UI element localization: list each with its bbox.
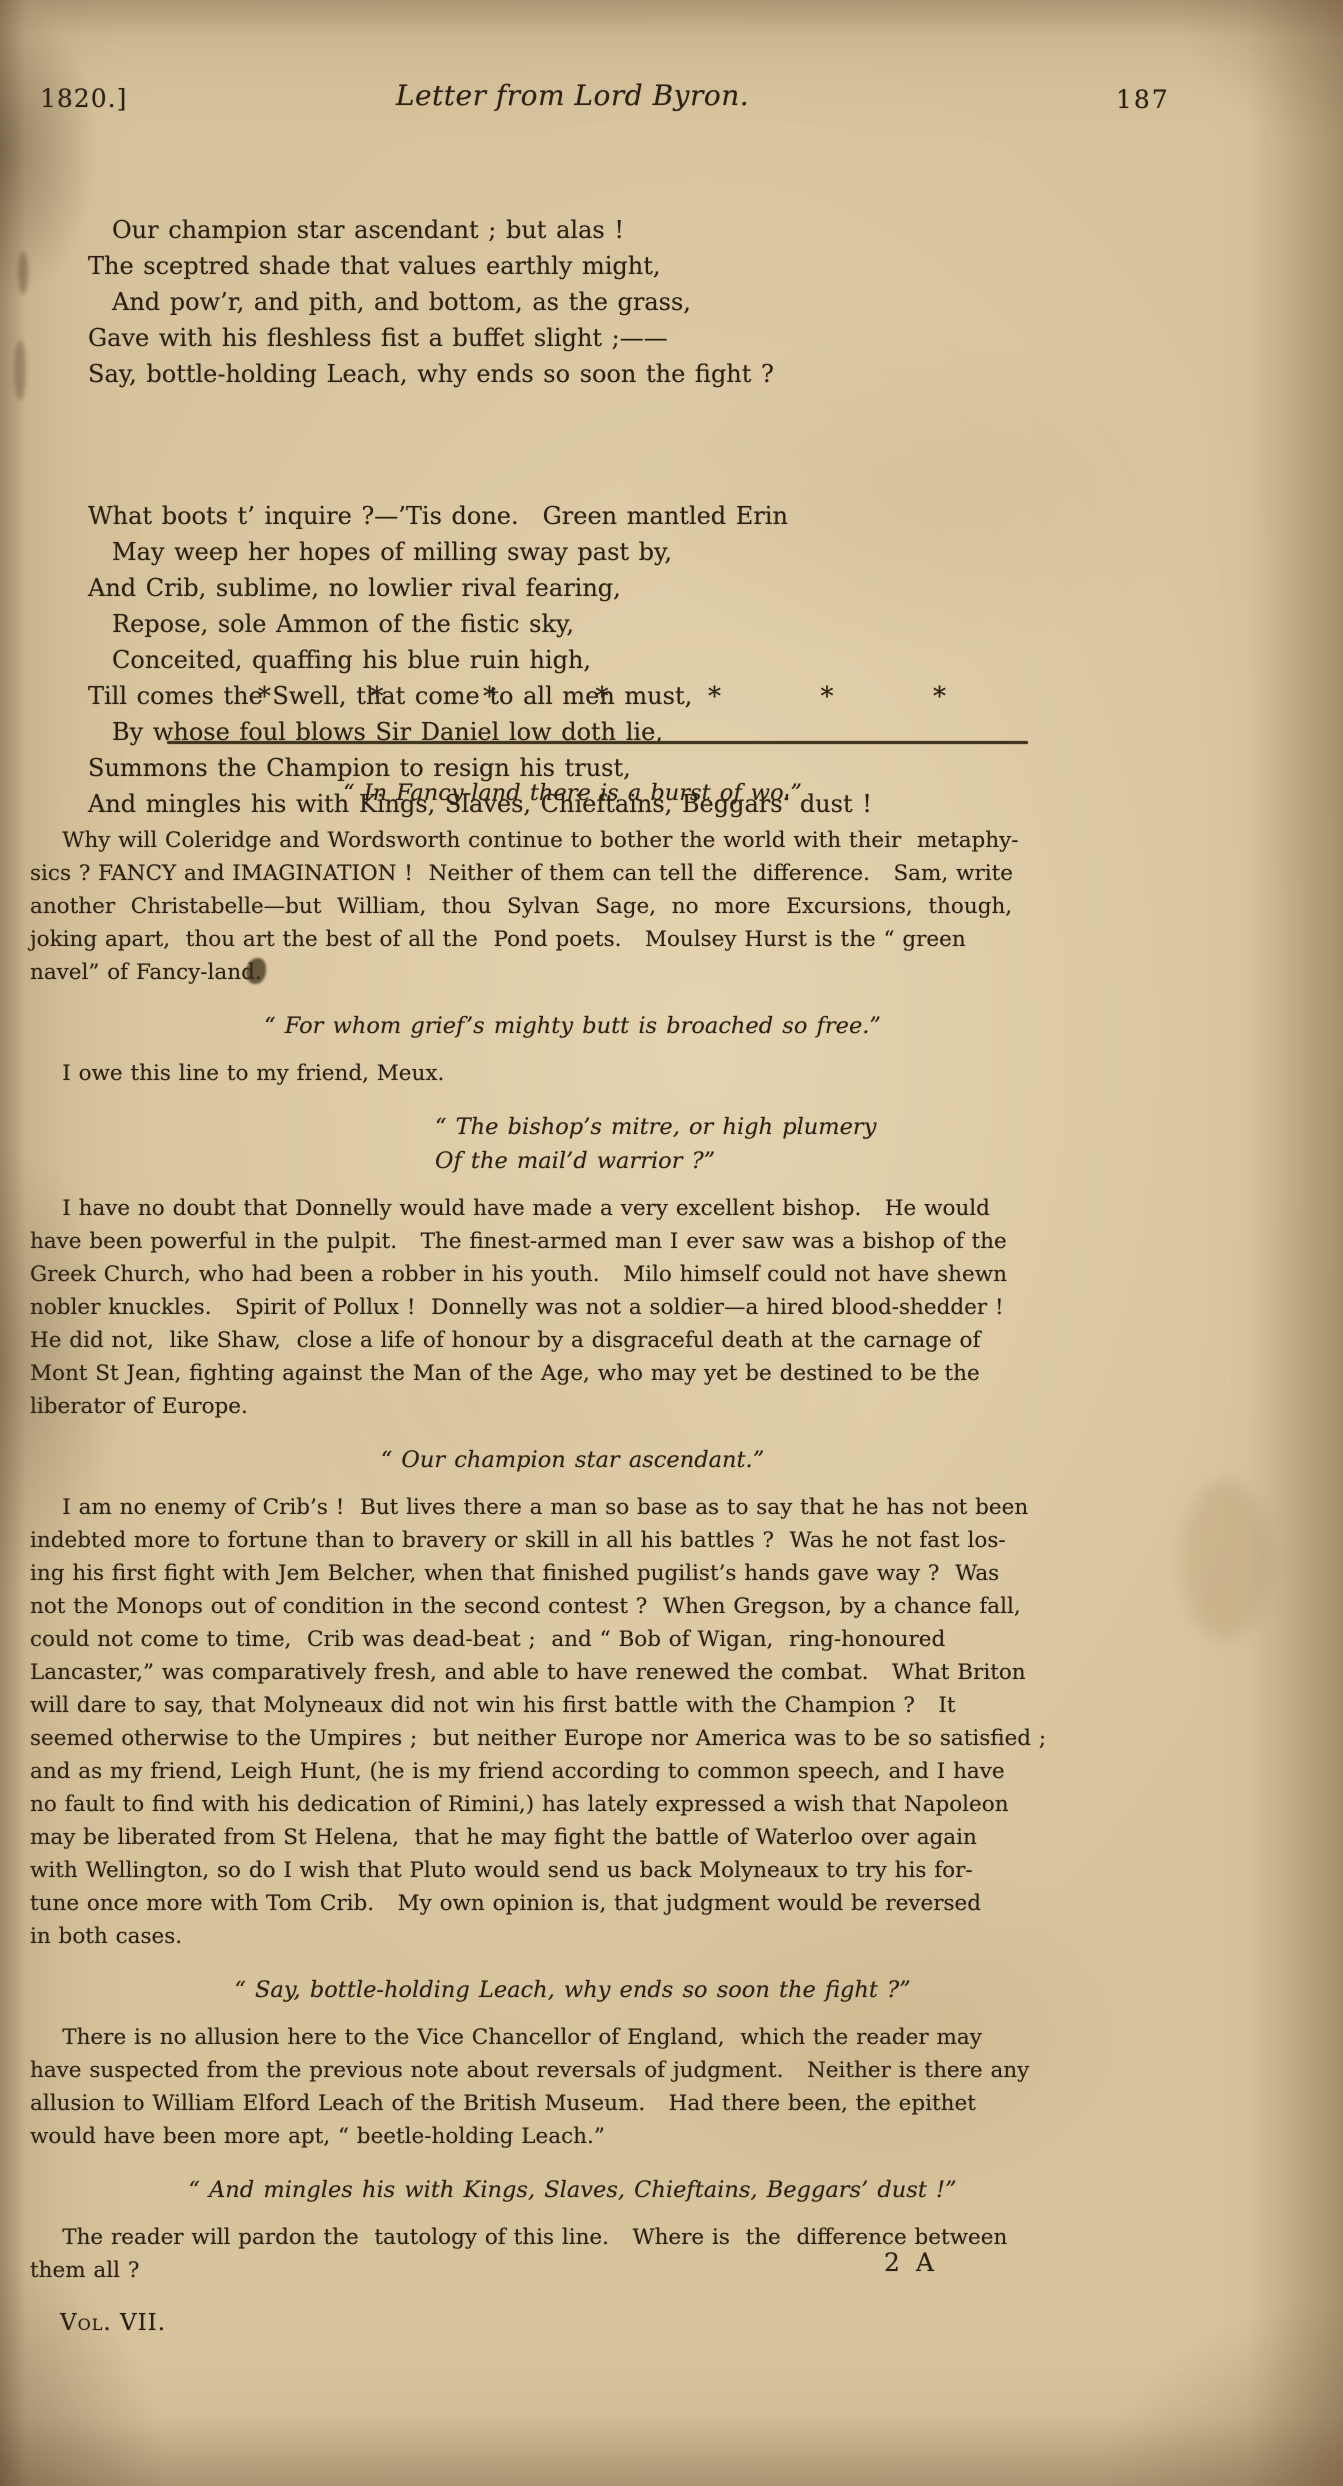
note-quote-griefs-butt: “ For whom grief’s mighty butt is broach… (30, 1009, 1115, 1043)
note-paragraph-griefs-butt: I owe this line to my friend, Meux. (30, 1057, 1115, 1090)
footer-volume: Vol. VII. (60, 2307, 1115, 2340)
page-title: Letter from Lord Byron. (30, 79, 1115, 112)
note-paragraph-fancy-land: Why will Coleridge and Wordsworth contin… (30, 824, 1115, 989)
note-quote-bottle-holding: “ Say, bottle-holding Leach, why ends so… (30, 1973, 1115, 2007)
poem-stanza-2: What boots t’ inquire ?—’Tis done. Green… (88, 498, 1088, 822)
edge-speck (18, 252, 28, 294)
notes: “ In Fancy-land there is a burst of wo.”… (30, 776, 1115, 2340)
note-quote-bishops-mitre: “ The bishop’s mitre, or high plumery Of… (30, 1110, 1115, 1178)
paper-stain (1180, 1480, 1270, 1640)
edge-speck (14, 340, 26, 400)
note-paragraph-mingles-dust: The reader will pardon the tautology of … (30, 2221, 1115, 2287)
note-paragraph-bottle-holding: There is no allusion here to the Vice Ch… (30, 2021, 1115, 2153)
section-rule (167, 741, 1028, 744)
note-quote-mingles-dust: “ And mingles his with Kings, Slaves, Ch… (30, 2173, 1115, 2207)
note-quote-fancy-land: “ In Fancy-land there is a burst of wo.” (30, 776, 1115, 810)
poem-stanza-1: Our champion star ascendant ; but alas !… (88, 212, 1088, 392)
signature-mark: 2 A (884, 2248, 938, 2277)
header-page-number: 187 (1116, 85, 1170, 114)
scanned-book-page: 1820.] Letter from Lord Byron. 187 Our c… (0, 0, 1343, 2486)
note-paragraph-bishops-mitre: I have no doubt that Donnelly would have… (30, 1192, 1115, 1423)
note-paragraph-champion-star: I am no enemy of Crib’s ! But lives ther… (30, 1491, 1115, 1953)
note-quote-champion-star: “ Our champion star ascendant.” (30, 1443, 1115, 1477)
asterisk-separator: * * * * * * * (258, 682, 946, 712)
